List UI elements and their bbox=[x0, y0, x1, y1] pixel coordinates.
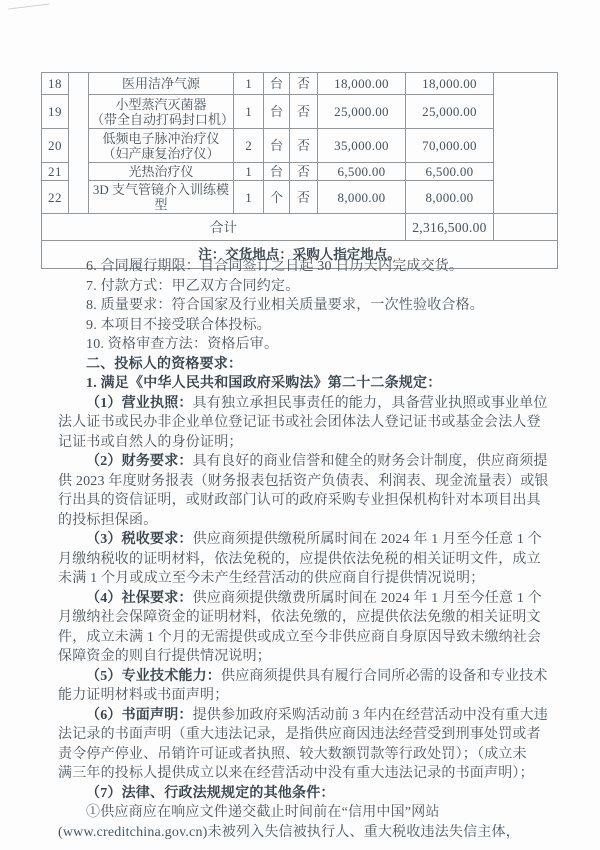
text-line: （5）专业技术能力：供应商须提供具有履行合同所必需的设备和专业技术 bbox=[58, 667, 546, 687]
text-segment: 提供参加政府采购活动前 3 年内在经营活动中没有重大违 bbox=[193, 708, 548, 723]
text-segment: 责令停产停业、吊销许可证或者执照、较大数额罚款等行政处罚）；（成立未 bbox=[58, 747, 527, 762]
text-segment: 月缴纳社会保障资金的证明材料，依法免缴的，应提供依法免缴的相关证明文 bbox=[58, 610, 541, 625]
text-segment: 8. 质量要求：符合国家及行业相关质量要求，一次性验收合格。 bbox=[86, 298, 484, 313]
text-segment: 具有独立承担民事责任的能力，具备营业执照或事业单位 bbox=[193, 396, 548, 411]
text-segment: 9. 本项目不接受联合体投标。 bbox=[86, 318, 271, 333]
cell-serial: 18 bbox=[42, 73, 69, 95]
text-bold-segment: 1. 满足《中华人民共和国政府采购法》第二十二条规定： bbox=[86, 376, 441, 391]
text-segment: 法人证书或民办非企业单位登记证书或社会团体法人登记证书或基金会法人登 bbox=[58, 415, 541, 430]
table-row: 21光热治疗仪1台否6,500.006,500.00 bbox=[42, 163, 558, 181]
cell-item-name: 小型蒸汽灭菌器（带全自动打码封口机） bbox=[89, 95, 234, 129]
text-line: (www.creditchina.gov.cn)未被列入失信被执行人、重大税收违… bbox=[58, 823, 546, 843]
text-segment: 10. 资格审查方法：资格后审。 bbox=[86, 337, 278, 352]
cell-serial: 20 bbox=[42, 129, 69, 163]
text-segment: 保障资金的则自行提供情况说明； bbox=[58, 649, 271, 664]
text-bold-segment: （4）社保要求： bbox=[86, 591, 193, 606]
text-line: 9. 本项目不接受联合体投标。 bbox=[58, 316, 546, 336]
text-line: （2）财务要求：具有良好的商业信誉和健全的财务会计制度，供应商须提 bbox=[58, 452, 546, 472]
text-line: 7. 付款方式：甲乙双方合同约定。 bbox=[58, 277, 546, 297]
text-line: （1）营业执照：具有独立承担民事责任的能力，具备营业执照或事业单位 bbox=[58, 394, 546, 414]
text-line: 1. 满足《中华人民共和国政府采购法》第二十二条规定： bbox=[58, 374, 546, 394]
text-segment: 行出具的资信证明，或财政部门认可的政府采购专业担保机构针对本项目出具 bbox=[58, 493, 541, 508]
cell-unit: 台 bbox=[264, 95, 290, 129]
table-row: 18医用洁净气源1台否18,000.0018,000.00 bbox=[42, 73, 558, 95]
cell-unit-price: 6,500.00 bbox=[318, 163, 406, 181]
cell-imported: 否 bbox=[290, 163, 318, 181]
text-line: 行出具的资信证明，或财政部门认可的政府采购专业担保机构针对本项目出具 bbox=[58, 491, 546, 511]
text-line: 6. 合同履行期限：自合同签订之日起 30 日历天内完成交货。 bbox=[58, 257, 546, 277]
text-line: 8. 质量要求：符合国家及行业相关质量要求，一次性验收合格。 bbox=[58, 296, 546, 316]
text-segment: 的投标担保函。 bbox=[58, 513, 157, 528]
text-segment: 月缴纳税收的证明材料，依法免税的，应提供依法免税的相关证明文件，成立 bbox=[58, 552, 541, 567]
text-bold-segment: （7）法律、行政法规规定的其他条件： bbox=[86, 786, 335, 801]
text-segment: 7. 付款方式：甲乙双方合同约定。 bbox=[86, 279, 299, 294]
text-line: 保障资金的则自行提供情况说明； bbox=[58, 647, 546, 667]
cell-remark-merged bbox=[494, 73, 558, 214]
text-line: 的投标担保函。 bbox=[58, 511, 546, 531]
text-bold-segment: （5）专业技术能力： bbox=[86, 669, 221, 684]
cell-unit: 个 bbox=[264, 181, 290, 214]
text-bold-segment: （1）营业执照： bbox=[86, 396, 193, 411]
text-segment: 能力证明材料或书面声明； bbox=[58, 688, 228, 703]
text-segment: (www.creditchina.gov.cn)未被列入失信被执行人、重大税收违… bbox=[58, 825, 520, 840]
text-line: 能力证明材料或书面声明； bbox=[58, 686, 546, 706]
text-bold-segment: （2）财务要求： bbox=[86, 454, 193, 469]
cell-unit-price: 8,000.00 bbox=[318, 181, 406, 214]
text-bold-segment: （3）税收要求： bbox=[86, 532, 193, 547]
text-segment: 记证书或自然人的身份证明； bbox=[58, 435, 243, 450]
table-row: 19小型蒸汽灭菌器（带全自动打码封口机）1台否25,000.0025,000.0… bbox=[42, 95, 558, 129]
text-line: （6）书面声明：提供参加政府采购活动前 3 年内在经营活动中没有重大违 bbox=[58, 706, 546, 726]
cell-imported: 否 bbox=[290, 73, 318, 95]
cell-item-name: 3D 支气管镜介入训练模型 bbox=[89, 181, 234, 214]
cell-quantity: 1 bbox=[234, 163, 264, 181]
text-line: 责令停产停业、吊销许可证或者执照、较大数额罚款等行政处罚）；（成立未 bbox=[58, 745, 546, 765]
text-line: （3）税收要求：供应商须提供缴税所属时间在 2024 年 1 月至今任意 1 个 bbox=[58, 530, 546, 550]
text-segment: 供应商须提供缴费所属时间在 2024 年 1 月至今任意 1 个 bbox=[193, 591, 542, 606]
summary-row: 合计2,316,500.00 bbox=[42, 214, 558, 241]
cell-serial: 21 bbox=[42, 163, 69, 181]
text-bold-segment: （6）书面声明： bbox=[86, 708, 193, 723]
text-segment: 法记录的书面声明（重大违法记录，是指供应商因违法经营受到刑事处罚或者 bbox=[58, 727, 541, 742]
cell-serial: 19 bbox=[42, 95, 69, 129]
cell-serial: 22 bbox=[42, 181, 69, 214]
cell-item-name: 低频电子脉冲治疗仪（妇产康复治疗仪） bbox=[89, 129, 234, 163]
text-line: 二、投标人的资格要求： bbox=[58, 355, 546, 375]
text-line: 月缴纳税收的证明材料，依法免税的，应提供依法免税的相关证明文件，成立 bbox=[58, 550, 546, 570]
text-line: 未满 1 个月或成立至今未产生经营活动的供应商自行提供情况说明； bbox=[58, 569, 546, 589]
cell-imported: 否 bbox=[290, 129, 318, 163]
cell-item-name: 医用洁净气源 bbox=[89, 73, 234, 95]
summary-label: 合计 bbox=[42, 214, 406, 241]
cell-total-price: 8,000.00 bbox=[406, 181, 494, 214]
text-line: 供 2023 年度财务报表（财务报表包括资产负债表、利润表、现金流量表）或银 bbox=[58, 472, 546, 492]
cell-total-price: 70,000.00 bbox=[406, 129, 494, 163]
text-line: 记证书或自然人的身份证明； bbox=[58, 433, 546, 453]
cell-total-price: 6,500.00 bbox=[406, 163, 494, 181]
cell-unit: 台 bbox=[264, 163, 290, 181]
document-body-text: 6. 合同履行期限：自合同签订之日起 30 日历天内完成交货。7. 付款方式：甲… bbox=[58, 257, 546, 842]
text-segment: 件，成立未满 1 个月的无需提供或成立至今非供应商自身原因导致未缴纳社会 bbox=[58, 630, 541, 645]
text-line: 件，成立未满 1 个月的无需提供或成立至今非供应商自身原因导致未缴纳社会 bbox=[58, 628, 546, 648]
text-line: （4）社保要求：供应商须提供缴费所属时间在 2024 年 1 月至今任意 1 个 bbox=[58, 589, 546, 609]
text-segment: 满三年的投标人提供成立以来在经营活动中没有重大违法记录的书面声明）； bbox=[58, 766, 534, 781]
scanned-document-page: 18医用洁净气源1台否18,000.0018,000.0019小型蒸汽灭菌器（带… bbox=[0, 0, 600, 850]
text-segment: 供 2023 年度财务报表（财务报表包括资产负债表、利润表、现金流量表）或银 bbox=[58, 474, 549, 489]
cell-imported: 否 bbox=[290, 95, 318, 129]
text-segment: 未满 1 个月或成立至今未产生经营活动的供应商自行提供情况说明； bbox=[58, 571, 484, 586]
scan-artifact bbox=[8, 3, 50, 9]
cell-unit: 台 bbox=[264, 73, 290, 95]
cell-unit-price: 35,000.00 bbox=[318, 129, 406, 163]
text-line: 月缴纳社会保障资金的证明材料，依法免缴的，应提供依法免缴的相关证明文 bbox=[58, 608, 546, 628]
cell-item-name: 光热治疗仪 bbox=[89, 163, 234, 181]
table-row: 223D 支气管镜介入训练模型1个否8,000.008,000.00 bbox=[42, 181, 558, 214]
summary-remark bbox=[494, 214, 558, 241]
cell-unit-price: 25,000.00 bbox=[318, 95, 406, 129]
cell-total-price: 25,000.00 bbox=[406, 95, 494, 129]
text-segment: 供应商须提供缴税所属时间在 2024 年 1 月至今任意 1 个 bbox=[193, 532, 542, 547]
text-line: 法人证书或民办非企业单位登记证书或社会团体法人登记证书或基金会法人登 bbox=[58, 413, 546, 433]
text-segment: 具有良好的商业信誉和健全的财务会计制度，供应商须提 bbox=[193, 454, 548, 469]
cell-total-price: 18,000.00 bbox=[406, 73, 494, 95]
table-row: 20低频电子脉冲治疗仪（妇产康复治疗仪）2台否35,000.0070,000.0… bbox=[42, 129, 558, 163]
cell-unit: 台 bbox=[264, 129, 290, 163]
cell-group-merged bbox=[69, 73, 89, 214]
text-line: 法记录的书面声明（重大违法记录，是指供应商因违法经营受到刑事处罚或者 bbox=[58, 725, 546, 745]
cell-quantity: 2 bbox=[234, 129, 264, 163]
cell-imported: 否 bbox=[290, 181, 318, 214]
text-line: （7）法律、行政法规规定的其他条件： bbox=[58, 784, 546, 804]
cell-unit-price: 18,000.00 bbox=[318, 73, 406, 95]
cell-quantity: 1 bbox=[234, 95, 264, 129]
text-bold-segment: 二、投标人的资格要求： bbox=[86, 357, 242, 372]
text-segment: 供应商须提供具有履行合同所必需的设备和专业技术 bbox=[221, 669, 548, 684]
procurement-items-table: 18医用洁净气源1台否18,000.0018,000.0019小型蒸汽灭菌器（带… bbox=[41, 72, 558, 269]
text-segment: 6. 合同履行期限：自合同签订之日起 30 日历天内完成交货。 bbox=[86, 259, 463, 274]
text-line: ①供应商应在响应文件递交截止时间前在“信用中国”网站 bbox=[58, 803, 546, 823]
text-line: 10. 资格审查方法：资格后审。 bbox=[58, 335, 546, 355]
cell-quantity: 1 bbox=[234, 73, 264, 95]
cell-quantity: 1 bbox=[234, 181, 264, 214]
summary-total: 2,316,500.00 bbox=[406, 214, 494, 241]
text-segment: ①供应商应在响应文件递交截止时间前在“信用中国”网站 bbox=[86, 805, 440, 820]
text-line: 满三年的投标人提供成立以来在经营活动中没有重大违法记录的书面声明）； bbox=[58, 764, 546, 784]
